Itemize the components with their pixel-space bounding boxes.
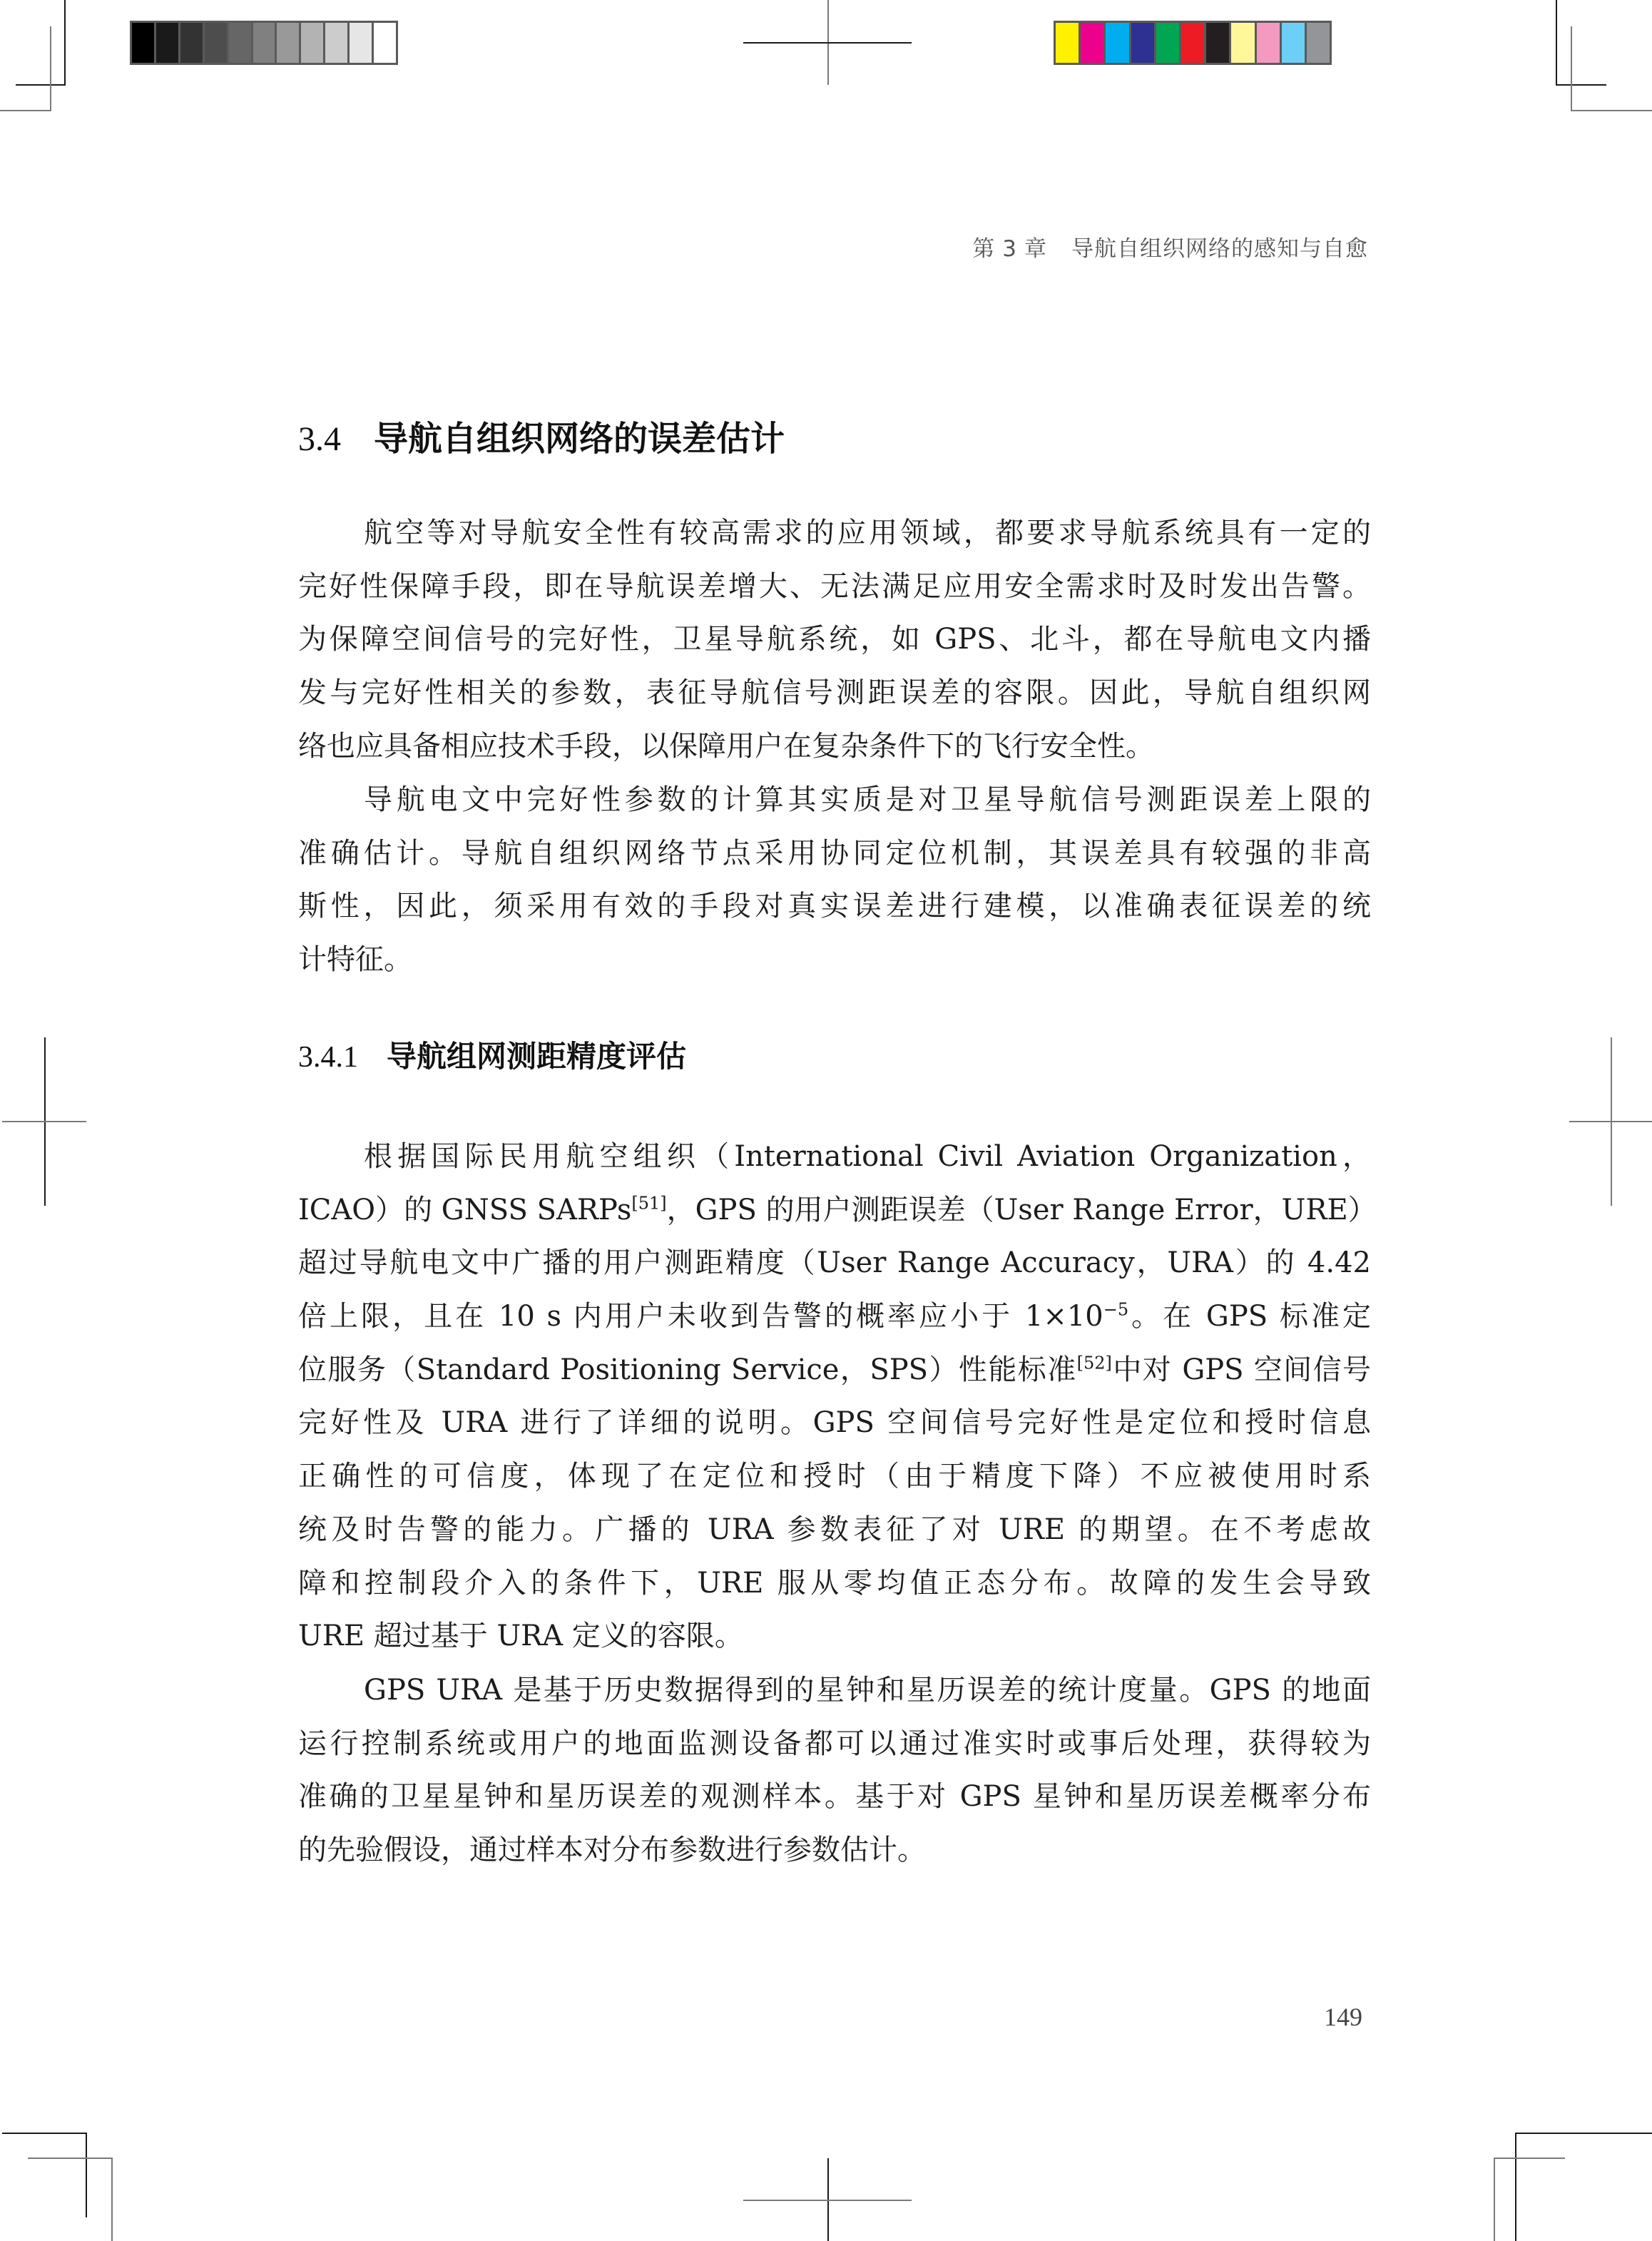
gray-swatch xyxy=(156,23,178,63)
text-line: 斯性，因此，须采用有效的手段对真实误差进行建模，以准确表征误差的统 xyxy=(298,880,1371,933)
chapter-prefix: 第 xyxy=(972,236,995,262)
text-line: 超过导航电文中广播的用户测距精度（User Range Accuracy，URA… xyxy=(298,1236,1371,1290)
gray-swatch xyxy=(132,23,154,63)
text-line: 络也应具备相应技术手段，以保障用户在复杂条件下的飞行安全性。 xyxy=(298,720,1371,773)
text-line: 正确性的可信度，体现了在定位和授时（由于精度下降）不应被使用时系 xyxy=(298,1450,1371,1503)
text-line: 倍上限，且在 10 s 内用户未收到告警的概率应小于 1×10−5。在 GPS … xyxy=(298,1290,1371,1343)
chapter-title: 导航自组织网络的感知与自愈 xyxy=(1071,236,1368,262)
chapter-number: 3 xyxy=(1002,236,1017,262)
paragraph: 根据国际民用航空组织（International Civil Aviation … xyxy=(298,1130,1371,1663)
text-line: URE 超过基于 URA 定义的容限。 xyxy=(298,1610,1371,1663)
gray-swatch xyxy=(301,23,323,63)
text-line: 根据国际民用航空组织（International Civil Aviation … xyxy=(298,1130,1371,1184)
gray-swatch xyxy=(325,23,347,63)
text-line: 准确的卫星星钟和星历误差的观测样本。基于对 GPS 星钟和星历误差概率分布 xyxy=(298,1770,1371,1824)
crop-mark xyxy=(28,2158,113,2159)
text-line: 航空等对导航安全性有较高需求的应用领域，都要求导航系统具有一定的 xyxy=(298,507,1371,560)
color-swatch xyxy=(1056,23,1079,63)
section-heading: 3.4导航自组织网络的误差估计 xyxy=(298,411,785,460)
color-swatch xyxy=(1257,23,1280,63)
text-line: 完好性及 URA 进行了详细的说明。GPS 空间信号完好性是定位和授时信息 xyxy=(298,1396,1371,1450)
crop-mark xyxy=(1515,2133,1652,2134)
section-number: 3.4 xyxy=(298,420,341,458)
crop-mark xyxy=(1515,2133,1516,2241)
text-line: 发与完好性相关的参数，表征导航信号测距误差的容限。因此，导航自组织网 xyxy=(298,666,1371,720)
crop-mark xyxy=(86,2133,87,2217)
color-swatch xyxy=(1206,23,1229,63)
gray-swatch xyxy=(277,23,299,63)
gray-swatch xyxy=(350,23,372,63)
grayscale-color-bar xyxy=(130,21,398,65)
crop-mark xyxy=(111,2158,113,2241)
text-run: 倍上限，且在 10 s 内用户未收到告警的概率应小于 1×10 xyxy=(298,1300,1103,1333)
citation-ref[interactable]: [52] xyxy=(1077,1353,1112,1373)
crop-mark xyxy=(64,0,66,85)
gray-swatch xyxy=(229,23,251,63)
text-line: GPS URA 是基于历史数据得到的星钟和星历误差的统计度量。GPS 的地面 xyxy=(298,1664,1371,1717)
gray-swatch xyxy=(205,23,227,63)
section-title: 导航自组织网络的误差估计 xyxy=(374,419,785,459)
crop-mark xyxy=(0,110,51,111)
color-swatch xyxy=(1156,23,1179,63)
text-line: 障和控制段介入的条件下，URE 服从零均值正态分布。故障的发生会导致 xyxy=(298,1557,1371,1610)
color-swatch xyxy=(1181,23,1204,63)
crop-mark xyxy=(1571,110,1652,111)
subsection-heading: 3.4.1导航组网测距精度评估 xyxy=(298,1033,686,1076)
registration-mark xyxy=(2,1121,86,1122)
text-line: ICAO）的 GNSS SARPs[51]，GPS 的用户测距误差（User R… xyxy=(298,1184,1371,1237)
text-line: 计特征。 xyxy=(298,933,1371,987)
registration-mark xyxy=(743,42,912,44)
subsection-number: 3.4.1 xyxy=(298,1041,358,1074)
running-header: 第3章导航自组织网络的感知与自愈 xyxy=(972,230,1368,263)
registration-mark xyxy=(1569,1121,1652,1122)
text-run: 中对 GPS 空间信号 xyxy=(1112,1353,1371,1386)
crop-mark xyxy=(1494,2158,1565,2159)
color-swatch xyxy=(1131,23,1154,63)
crop-mark xyxy=(1556,84,1606,86)
exponent: −5 xyxy=(1103,1300,1128,1320)
crop-mark xyxy=(1494,2158,1495,2241)
color-swatch xyxy=(1106,23,1128,63)
gray-swatch xyxy=(253,23,275,63)
text-line: 导航电文中完好性参数的计算其实质是对卫星导航信号测距误差上限的 xyxy=(298,773,1371,827)
paragraph: 航空等对导航安全性有较高需求的应用领域，都要求导航系统具有一定的 完好性保障手段… xyxy=(298,507,1371,773)
text-line: 为保障空间信号的完好性，卫星导航系统，如 GPS、北斗，都在导航电文内播 xyxy=(298,613,1371,666)
text-line: 准确估计。导航自组织网络节点采用协同定位机制，其误差具有较强的非高 xyxy=(298,827,1371,880)
citation-ref[interactable]: [51] xyxy=(631,1193,666,1213)
subsection-title: 导航组网测距精度评估 xyxy=(387,1039,686,1074)
text-run: 位服务（Standard Positioning Service，SPS）性能标… xyxy=(298,1353,1077,1386)
crop-mark xyxy=(2,2133,87,2134)
gray-swatch xyxy=(180,23,203,63)
text-line: 运行控制系统或用户的地面监测设备都可以通过准实时或事后处理，获得较为 xyxy=(298,1717,1371,1771)
text-run: ICAO）的 GNSS SARPs xyxy=(298,1194,631,1226)
crop-mark xyxy=(16,84,66,86)
color-swatch xyxy=(1282,23,1305,63)
color-swatch xyxy=(1231,23,1254,63)
text-run: 。在 GPS 标准定 xyxy=(1128,1300,1371,1333)
text-line: 完好性保障手段，即在导航误差增大、无法满足应用安全需求时及时发出告警。 xyxy=(298,560,1371,614)
text-run: ，GPS 的用户测距误差（User Range Error，URE） xyxy=(667,1194,1377,1226)
paragraph: 导航电文中完好性参数的计算其实质是对卫星导航信号测距误差上限的 准确估计。导航自… xyxy=(298,773,1371,987)
process-color-bar xyxy=(1054,21,1332,65)
text-line: 的先验假设，通过样本对分布参数进行参数估计。 xyxy=(298,1824,1371,1877)
color-swatch xyxy=(1307,23,1330,63)
text-line: 位服务（Standard Positioning Service，SPS）性能标… xyxy=(298,1343,1371,1397)
color-swatch xyxy=(1081,23,1103,63)
gray-swatch xyxy=(374,23,396,63)
registration-mark xyxy=(743,2200,912,2201)
crop-mark xyxy=(1571,26,1572,111)
paragraph: GPS URA 是基于历史数据得到的星钟和星历误差的统计度量。GPS 的地面 运… xyxy=(298,1664,1371,1877)
crop-mark xyxy=(50,26,51,111)
chapter-suffix: 章 xyxy=(1024,236,1047,262)
crop-mark xyxy=(1556,0,1557,85)
text-line: 统及时告警的能力。广播的 URA 参数表征了对 URE 的期望。在不考虑故 xyxy=(298,1503,1371,1557)
page-number: 149 xyxy=(1324,2002,1362,2032)
